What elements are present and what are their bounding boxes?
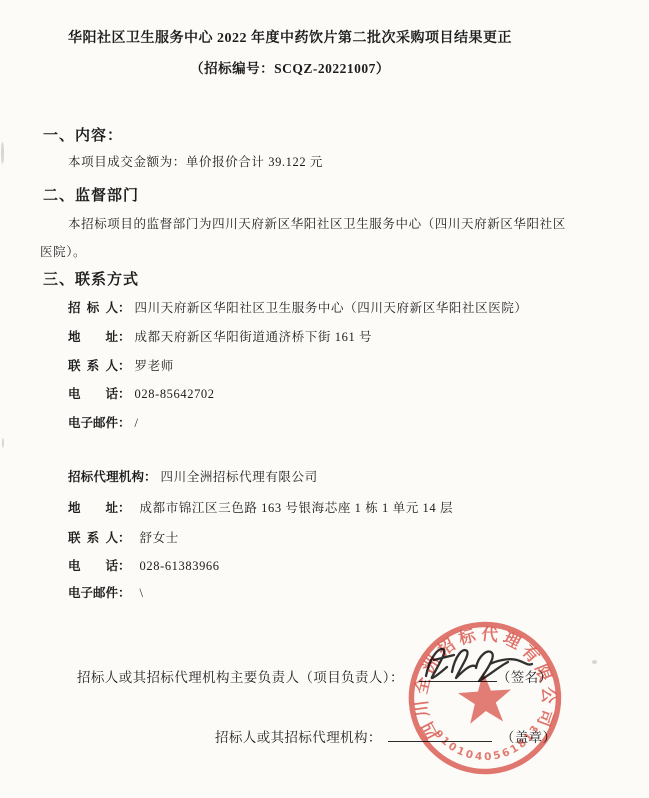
field-colon: ：: [144, 470, 157, 484]
tenderer-row: 电话：028-85642702: [68, 384, 215, 402]
field-value: \: [131, 586, 144, 600]
section-content-body: 本项目成交金额为：单价报价合计 39.122 元: [68, 152, 323, 170]
field-label: 电子邮件: [68, 413, 118, 431]
field-colon: ：: [118, 559, 131, 573]
tenderer-row: 联系人：罗老师: [68, 356, 174, 374]
field-value: 028-85642702: [131, 387, 215, 401]
field-value: 舒女士: [131, 531, 179, 545]
document-title: 华阳社区卫生服务中心 2022 年度中药饮片第二批次采购项目结果更正: [0, 27, 580, 47]
field-colon: ：: [118, 501, 131, 515]
agency-row: 联系人：舒女士: [68, 528, 179, 546]
field-label: 联系人: [68, 528, 118, 546]
field-value: /: [131, 416, 139, 430]
scanned-document-page: 华阳社区卫生服务中心 2022 年度中药饮片第二批次采购项目结果更正 （招标编号…: [0, 0, 649, 798]
section-content-heading: 一、内容：: [43, 124, 123, 145]
tenderer-row: 招标人：四川天府新区华阳社区卫生服务中心（四川天府新区华阳社区医院）: [68, 298, 528, 316]
field-value: 028-61383966: [131, 559, 220, 573]
agency-row: 地址：成都市锦江区三色路 163 号银海芯座 1 栋 1 单元 14 层: [68, 498, 453, 516]
section-supervision-body-line1: 本招标项目的监督部门为四川天府新区华阳社区卫生服务中心（四川天府新区华阳社区: [68, 214, 566, 232]
organization-label: 招标人或其招标代理机构：: [215, 730, 382, 745]
field-colon: ：: [118, 301, 131, 315]
handwritten-signature: [420, 636, 538, 692]
field-label: 地址: [68, 327, 118, 345]
field-label: 电话: [68, 556, 118, 574]
field-value: 四川天府新区华阳社区卫生服务中心（四川天府新区华阳社区医院）: [131, 301, 528, 315]
field-colon: ：: [118, 416, 131, 430]
field-value: 罗老师: [131, 359, 174, 373]
field-value: 四川全洲招标代理有限公司: [157, 470, 318, 484]
tenderer-row: 电子邮件：/: [68, 413, 139, 431]
agency-row: 招标代理机构：四川全洲招标代理有限公司: [68, 467, 318, 485]
agency-row: 电话：028-61383966: [68, 556, 220, 574]
field-label: 电子邮件: [68, 583, 118, 601]
field-colon: ：: [118, 387, 131, 401]
field-colon: ：: [118, 531, 131, 545]
agency-row: 电子邮件：\: [68, 583, 144, 601]
field-label: 电话: [68, 384, 118, 402]
document-subtitle: （招标编号：SCQZ-20221007）: [0, 57, 580, 77]
tenderer-row: 地址：成都天府新区华阳街道通济桥下街 161 号: [68, 327, 372, 345]
field-label: 招标代理机构: [68, 467, 144, 485]
scan-artifact: [592, 660, 597, 664]
field-colon: ：: [118, 359, 131, 373]
field-colon: ：: [118, 330, 131, 344]
field-label: 地址: [68, 498, 118, 516]
field-colon: ：: [118, 586, 131, 600]
section-contact-heading: 三、联系方式: [43, 268, 139, 289]
scan-artifact: [1, 142, 4, 164]
field-value: 成都天府新区华阳街道通济桥下街 161 号: [131, 330, 373, 344]
field-label: 招标人: [68, 298, 118, 316]
section-supervision-heading: 二、监督部门: [43, 184, 139, 205]
scan-artifact: [2, 438, 4, 448]
section-supervision-body-line2: 医院）。: [40, 242, 86, 260]
field-value: 成都市锦江区三色路 163 号银海芯座 1 栋 1 单元 14 层: [131, 501, 454, 515]
responsible-person-label: 招标人或其招标代理机构主要负责人（项目负责人）：: [77, 670, 404, 685]
field-label: 联系人: [68, 356, 118, 374]
